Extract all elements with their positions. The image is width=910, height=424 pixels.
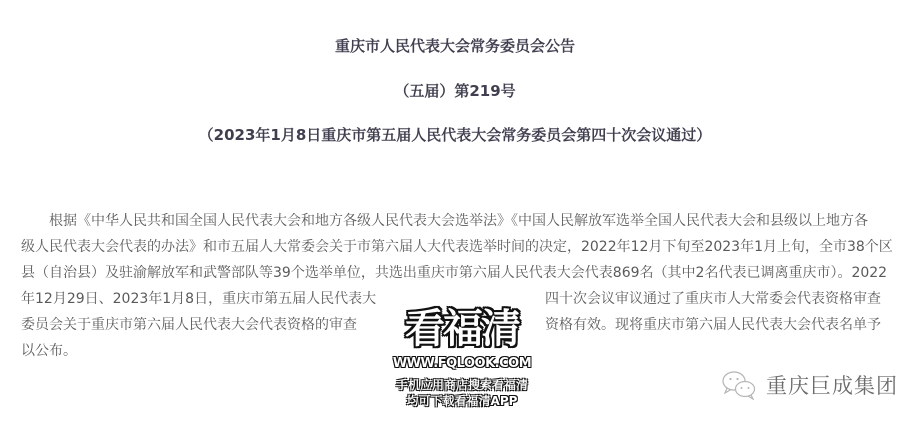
announcement-number: （五届）第219号 xyxy=(0,81,910,101)
watermark-logo-text: 看福清 xyxy=(390,308,534,350)
body-line: 县（自治县）及驻渝解放军和武警部队等39个选举单位，共选出重庆市第六届人民代表大… xyxy=(21,260,887,286)
body-line: 根据《中华人民共和国全国人民代表大会和地方各级人民代表大会选举法》《中国人民解放… xyxy=(21,208,868,234)
fqlook-watermark: 看福清 WWW.FQLOOK.COM 手机应用商店搜索看福清 均可下载看福清AP… xyxy=(382,302,542,412)
watermark-line-2: 均可下载看福清APP xyxy=(382,392,542,409)
wechat-icon xyxy=(722,370,756,400)
watermark-url: WWW.FQLOOK.COM xyxy=(388,356,536,371)
passed-note: （2023年1月8日重庆市第五届人民代表大会常务委员会第四十次会议通过） xyxy=(0,125,910,145)
body-line: 级人民代表大会代表的办法》和市五届人大常委会关于市第六届人大代表选举时间的决定，… xyxy=(21,234,893,260)
body-line: 年12月29日、2023年1月8日，重庆市第五届人民代表大 xyxy=(21,286,376,312)
body-line: 以公布。 xyxy=(21,338,77,364)
body-line: 资格有效。现将重庆市第六届人民代表大会代表名单予 xyxy=(545,312,881,338)
brand-name: 重庆巨成集团 xyxy=(766,370,898,400)
body-line: 四十次会议审议通过了重庆市人大常委会代表资格审查 xyxy=(545,286,881,312)
watermark-line-1: 手机应用商店搜索看福清 xyxy=(382,376,542,393)
body-line: 委员会关于重庆市第六届人民代表大会代表资格的审查 xyxy=(21,312,357,338)
brand-signature: 重庆巨成集团 xyxy=(722,368,898,402)
announcement-title: 重庆市人民代表大会常务委员会公告 xyxy=(0,36,910,56)
